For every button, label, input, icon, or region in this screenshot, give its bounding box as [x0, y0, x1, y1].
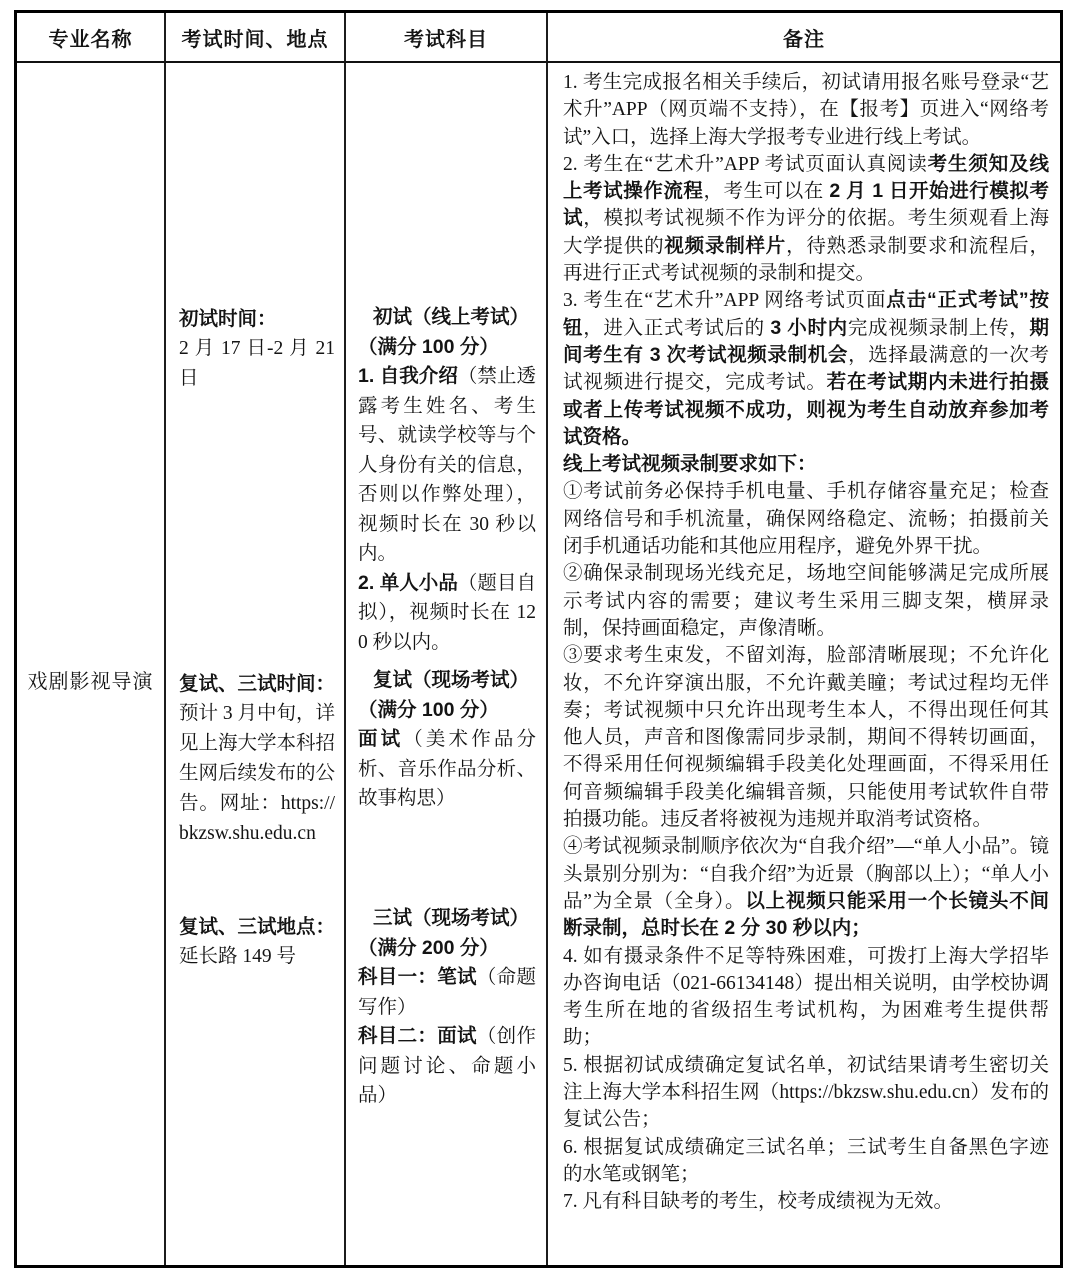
first-exam-title: 初试（线上考试）	[358, 303, 536, 333]
third-exam-item: 科目二：面试（创作问题讨论、命题小品）	[358, 1022, 536, 1111]
header-exam-time-place: 考试时间、地点	[164, 13, 344, 63]
first-exam-time-value: 2 月 17 日-2 月 21 日	[179, 334, 335, 394]
first-exam-time-block: 初试时间： 2 月 17 日-2 月 21 日	[166, 304, 344, 394]
first-exam-item: 1. 自我介绍（禁止透露考生姓名、考生号、就读学校等与个人身份有关的信息，否则以…	[358, 362, 536, 569]
first-exam-time-label: 初试时间：	[179, 304, 335, 334]
first-exam-subjects-block: 初试（线上考试） （满分 100 分） 1. 自我介绍（禁止透露考生姓名、考生号…	[346, 303, 546, 657]
first-exam-score: （满分 100 分）	[358, 333, 536, 363]
remark-paragraph: 6. 根据复试成绩确定三试名单；三试考生自备黑色字迹的水笔或钢笔；	[563, 1134, 1049, 1189]
header-remarks: 备注	[546, 13, 1060, 63]
second-exam-subjects-block: 复试（现场考试） （满分 100 分） 面试（美术作品分析、音乐作品分析、故事构…	[346, 666, 546, 814]
remark-paragraph: ①考试前务必保持手机电量、手机存储容量充足；检查网络信号和手机流量，确保网络稳定…	[563, 478, 1049, 560]
cell-remarks: 1. 考生完成报名相关手续后，初试请用报名账号登录“艺术升”APP（网页端不支持…	[546, 63, 1060, 1265]
remark-paragraph: 7. 凡有科目缺考的考生，校考成绩视为无效。	[563, 1188, 1049, 1215]
remark-paragraph: 4. 如有摄录条件不足等特殊困难，可拨打上海大学招毕办咨询电话（021-6613…	[563, 943, 1049, 1052]
remarks-text: 1. 考生完成报名相关手续后，初试请用报名账号登录“艺术升”APP（网页端不支持…	[548, 69, 1060, 1215]
cell-exam-time-place: 初试时间： 2 月 17 日-2 月 21 日 复试、三试时间： 预计 3 月中…	[164, 63, 344, 1265]
second-third-exam-time-block: 复试、三试时间： 预计 3 月中旬，详见上海大学本科招生网后续发布的公告。网址：…	[166, 669, 344, 849]
header-exam-subjects: 考试科目	[344, 13, 546, 63]
remark-paragraph: 2. 考生在“艺术升”APP 考试页面认真阅读考生须知及线上考试操作流程，考生可…	[563, 151, 1049, 287]
third-exam-title: 三试（现场考试）	[358, 904, 536, 934]
third-exam-score: （满分 200 分）	[358, 934, 536, 964]
second-exam-item: 面试（美术作品分析、音乐作品分析、故事构思）	[358, 725, 536, 814]
second-third-exam-time-value: 预计 3 月中旬，详见上海大学本科招生网后续发布的公告。网址：https://b…	[179, 699, 335, 849]
remark-paragraph: ④考试视频录制顺序依次为“自我介绍”—“单人小品”。镜头景别分别为：“自我介绍”…	[563, 833, 1049, 942]
cell-exam-subjects: 初试（线上考试） （满分 100 分） 1. 自我介绍（禁止透露考生姓名、考生号…	[344, 63, 546, 1265]
second-exam-score: （满分 100 分）	[358, 696, 536, 726]
remark-paragraph: 1. 考生完成报名相关手续后，初试请用报名账号登录“艺术升”APP（网页端不支持…	[563, 69, 1049, 151]
remark-paragraph: 线上考试视频录制要求如下：	[563, 451, 1049, 478]
remark-paragraph: ③要求考生束发，不留刘海，脸部清晰展现；不允许化妆，不允许穿演出服，不允许戴美瞳…	[563, 642, 1049, 833]
major-name: 戏剧影视导演	[17, 665, 164, 694]
remark-paragraph: ②确保录制现场光线充足，场地空间能够满足完成所展示考试内容的需要；建议考生采用三…	[563, 560, 1049, 642]
remark-paragraph: 5. 根据初试成绩确定复试名单，初试结果请考生密切关注上海大学本科招生网（htt…	[563, 1052, 1049, 1134]
exam-info-table: 专业名称 考试时间、地点 考试科目 备注 戏剧影视导演 初试时间： 2 月 17…	[14, 10, 1063, 1268]
cell-major-name: 戏剧影视导演	[17, 63, 164, 1265]
header-major-name: 专业名称	[17, 13, 164, 63]
remark-paragraph: 3. 考生在“艺术升”APP 网络考试页面点击“正式考试”按钮，进入正式考试后的…	[563, 287, 1049, 451]
second-third-exam-place-block: 复试、三试地点： 延长路 149 号	[166, 912, 344, 972]
third-exam-item: 科目一：笔试（命题写作）	[358, 963, 536, 1022]
second-third-exam-time-label: 复试、三试时间：	[179, 669, 335, 699]
second-exam-title: 复试（现场考试）	[358, 666, 536, 696]
second-third-exam-place-label: 复试、三试地点：	[179, 912, 335, 942]
third-exam-subjects-block: 三试（现场考试） （满分 200 分） 科目一：笔试（命题写作） 科目二：面试（…	[346, 904, 546, 1111]
first-exam-item: 2. 单人小品（题目自拟），视频时长在 120 秒以内。	[358, 569, 536, 658]
second-third-exam-place-value: 延长路 149 号	[179, 942, 335, 972]
